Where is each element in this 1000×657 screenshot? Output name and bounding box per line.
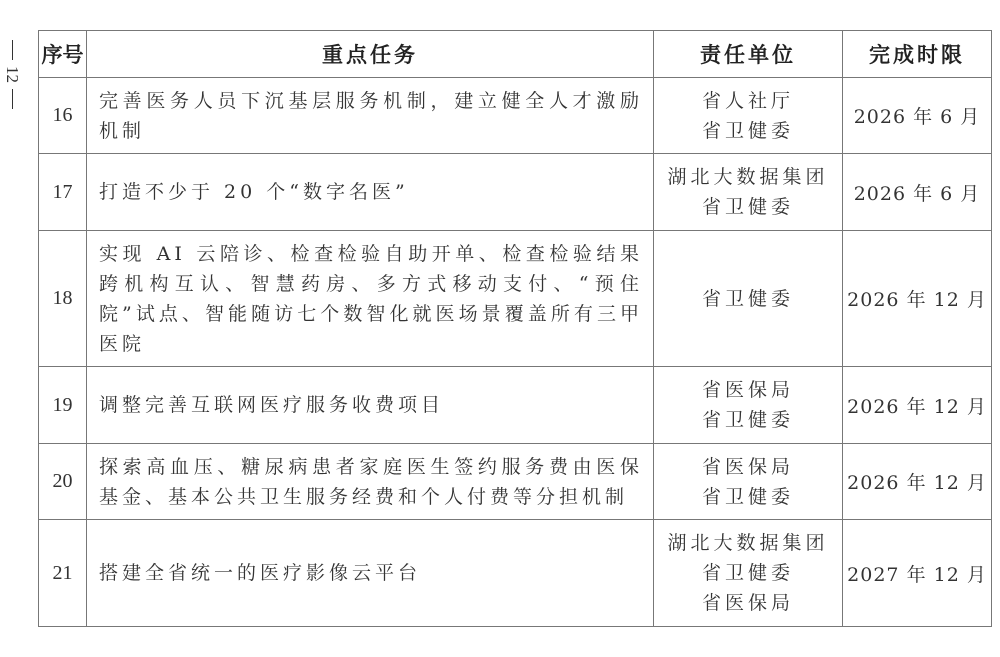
page-number: 12 xyxy=(0,40,24,160)
row-seq: 17 xyxy=(39,154,87,231)
header-unit: 责任单位 xyxy=(654,31,843,78)
unit-line: 省医保局 xyxy=(654,588,842,618)
page-number-dash-top xyxy=(12,40,13,60)
table-row: 19 调整完善互联网医疗服务收费项目 省医保局 省卫健委 2026 年 12 月 xyxy=(39,367,992,444)
unit-line: 省卫健委 xyxy=(654,405,842,435)
row-deadline: 2026 年 12 月 xyxy=(843,231,992,367)
unit-line: 省卫健委 xyxy=(654,482,842,512)
unit-line: 湖北大数据集团 xyxy=(654,162,842,192)
row-units: 省医保局 省卫健委 xyxy=(654,367,843,444)
unit-line: 湖北大数据集团 xyxy=(654,528,842,558)
table-row: 17 打造不少于 20 个“数字名医” 湖北大数据集团 省卫健委 2026 年 … xyxy=(39,154,992,231)
row-deadline: 2027 年 12 月 xyxy=(843,520,992,627)
row-deadline: 2026 年 12 月 xyxy=(843,367,992,444)
table-row: 18 实现 AI 云陪诊、检查检验自助开单、检查检验结果跨机构互认、智慧药房、多… xyxy=(39,231,992,367)
table-row: 21 搭建全省统一的医疗影像云平台 湖北大数据集团 省卫健委 省医保局 2027… xyxy=(39,520,992,627)
key-tasks-table: 序号 重点任务 责任单位 完成时限 16 完善医务人员下沉基层服务机制，建立健全… xyxy=(38,30,992,627)
row-deadline: 2026 年 6 月 xyxy=(843,154,992,231)
row-task: 探索高血压、糖尿病患者家庭医生签约服务费由医保基金、基本公共卫生服务经费和个人付… xyxy=(87,444,654,520)
row-task: 打造不少于 20 个“数字名医” xyxy=(87,154,654,231)
row-deadline: 2026 年 6 月 xyxy=(843,78,992,154)
header-task: 重点任务 xyxy=(87,31,654,78)
row-units: 省人社厅 省卫健委 xyxy=(654,78,843,154)
page-number-dash-bottom xyxy=(12,89,13,109)
row-units: 湖北大数据集团 省卫健委 省医保局 xyxy=(654,520,843,627)
row-seq: 21 xyxy=(39,520,87,627)
row-deadline: 2026 年 12 月 xyxy=(843,444,992,520)
table-header-row: 序号 重点任务 责任单位 完成时限 xyxy=(39,31,992,78)
row-seq: 20 xyxy=(39,444,87,520)
row-units: 湖北大数据集团 省卫健委 xyxy=(654,154,843,231)
unit-line: 省医保局 xyxy=(654,375,842,405)
row-task: 实现 AI 云陪诊、检查检验自助开单、检查检验结果跨机构互认、智慧药房、多方式移… xyxy=(87,231,654,367)
row-task: 调整完善互联网医疗服务收费项目 xyxy=(87,367,654,444)
row-task: 搭建全省统一的医疗影像云平台 xyxy=(87,520,654,627)
header-seq: 序号 xyxy=(39,31,87,78)
row-seq: 18 xyxy=(39,231,87,367)
row-units: 省卫健委 xyxy=(654,231,843,367)
unit-line: 省人社厅 xyxy=(654,86,842,116)
unit-line: 省卫健委 xyxy=(654,284,842,314)
unit-line: 省医保局 xyxy=(654,452,842,482)
unit-line: 省卫健委 xyxy=(654,558,842,588)
table-row: 20 探索高血压、糖尿病患者家庭医生签约服务费由医保基金、基本公共卫生服务经费和… xyxy=(39,444,992,520)
table-row: 16 完善医务人员下沉基层服务机制，建立健全人才激励机制 省人社厅 省卫健委 2… xyxy=(39,78,992,154)
unit-line: 省卫健委 xyxy=(654,116,842,146)
header-deadline: 完成时限 xyxy=(843,31,992,78)
row-seq: 16 xyxy=(39,78,87,154)
row-units: 省医保局 省卫健委 xyxy=(654,444,843,520)
unit-line: 省卫健委 xyxy=(654,192,842,222)
row-task: 完善医务人员下沉基层服务机制，建立健全人才激励机制 xyxy=(87,78,654,154)
row-seq: 19 xyxy=(39,367,87,444)
page-number-value: 12 xyxy=(2,66,22,83)
